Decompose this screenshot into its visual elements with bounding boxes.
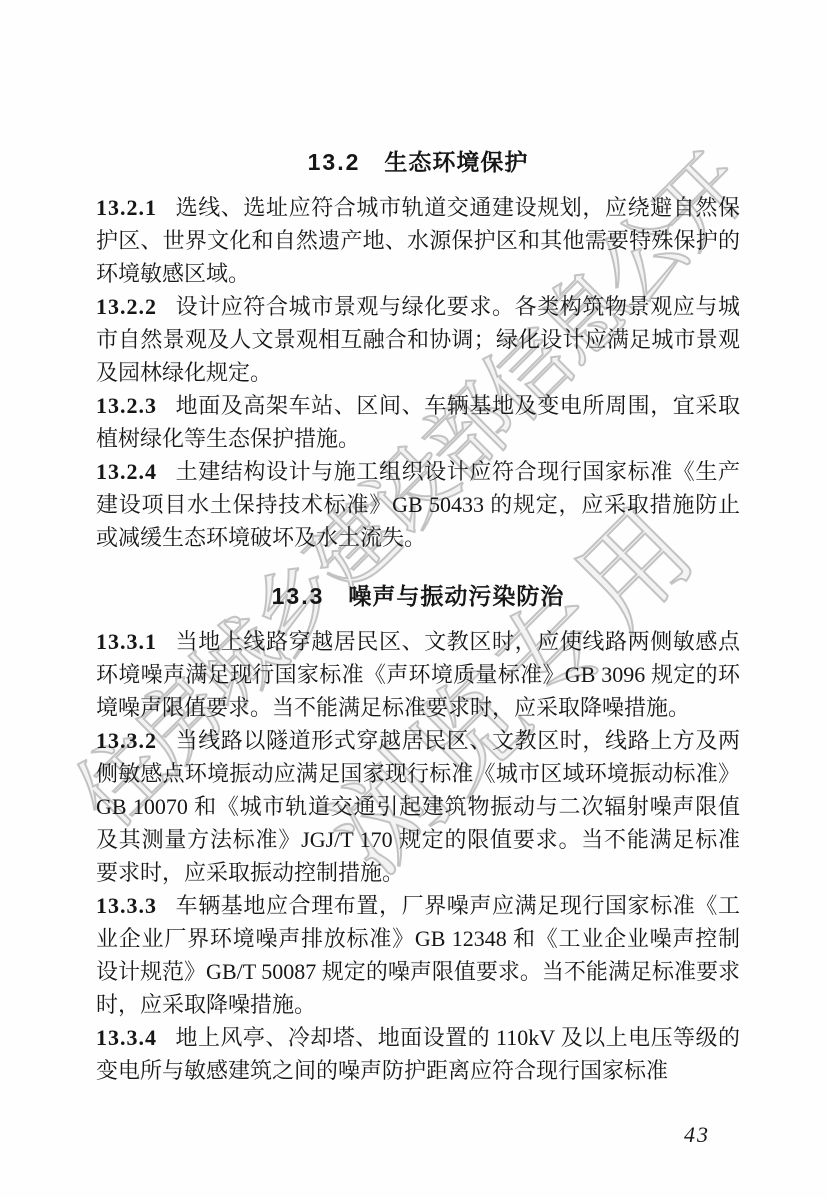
document-content: 13.2生态环境保护 13.2.1选线、选址应符合城市轨道交通建设规划，应绕避自… [96, 146, 740, 1087]
clause-text: 土建结构设计与施工组织设计应符合现行国家标准《生产建设项目水土保持技术标准》GB… [96, 459, 740, 550]
section-number: 13.3 [272, 583, 325, 609]
section-title: 生态环境保护 [384, 149, 528, 175]
clause-13-2-2: 13.2.2设计应符合城市景观与绿化要求。各类构筑物景观应与城市自然景观及人文景… [96, 290, 740, 389]
clause-text: 当线路以隧道形式穿越居民区、文教区时，线路上方及两侧敏感点环境振动应满足国家现行… [96, 728, 740, 885]
clause-13-3-3: 13.3.3车辆基地应合理布置，厂界噪声应满足现行国家标准《工业企业厂界环境噪声… [96, 889, 740, 1021]
clause-number: 13.3.1 [96, 629, 157, 654]
clause-13-2-3: 13.2.3地面及高架车站、区间、车辆基地及变电所周围，宜采取植树绿化等生态保护… [96, 389, 740, 455]
clause-13-3-1: 13.3.1当地上线路穿越居民区、文教区时，应使线路两侧敏感点环境噪声满足现行国… [96, 625, 740, 724]
clause-number: 13.2.1 [96, 195, 157, 220]
clause-text: 当地上线路穿越居民区、文教区时，应使线路两侧敏感点环境噪声满足现行国家标准《声环… [96, 629, 740, 720]
clause-13-3-4: 13.3.4地上风亭、冷却塔、地面设置的 110kV 及以上电压等级的变电所与敏… [96, 1021, 740, 1087]
document-page: 住房城乡建设部信息公开 浏览专用 13.2生态环境保护 13.2.1选线、选址应… [0, 0, 828, 1198]
clause-number: 13.3.3 [96, 893, 157, 918]
clause-13-3-2: 13.3.2当线路以隧道形式穿越居民区、文教区时，线路上方及两侧敏感点环境振动应… [96, 724, 740, 889]
clause-text: 设计应符合城市景观与绿化要求。各类构筑物景观应与城市自然景观及人文景观相互融合和… [96, 294, 740, 385]
section-number: 13.2 [308, 149, 361, 175]
clause-text: 地上风亭、冷却塔、地面设置的 110kV 及以上电压等级的变电所与敏感建筑之间的… [96, 1025, 740, 1083]
clause-number: 13.2.4 [96, 459, 157, 484]
clause-13-2-1: 13.2.1选线、选址应符合城市轨道交通建设规划，应绕避自然保护区、世界文化和自… [96, 191, 740, 290]
clause-text: 车辆基地应合理布置，厂界噪声应满足现行国家标准《工业企业厂界环境噪声排放标准》G… [96, 893, 740, 1017]
clause-13-2-4: 13.2.4土建结构设计与施工组织设计应符合现行国家标准《生产建设项目水土保持技… [96, 455, 740, 554]
clause-number: 13.2.3 [96, 393, 157, 418]
clause-text: 地面及高架车站、区间、车辆基地及变电所周围，宜采取植树绿化等生态保护措施。 [96, 393, 740, 451]
clause-number: 13.3.4 [96, 1025, 157, 1050]
section-heading-13-3: 13.3噪声与振动污染防治 [96, 580, 740, 613]
section-title: 噪声与振动污染防治 [348, 583, 564, 609]
clause-number: 13.3.2 [96, 728, 157, 753]
page-number: 43 [684, 1122, 710, 1148]
clause-text: 选线、选址应符合城市轨道交通建设规划，应绕避自然保护区、世界文化和自然遗产地、水… [96, 195, 740, 286]
section-heading-13-2: 13.2生态环境保护 [96, 146, 740, 179]
clause-number: 13.2.2 [96, 294, 157, 319]
